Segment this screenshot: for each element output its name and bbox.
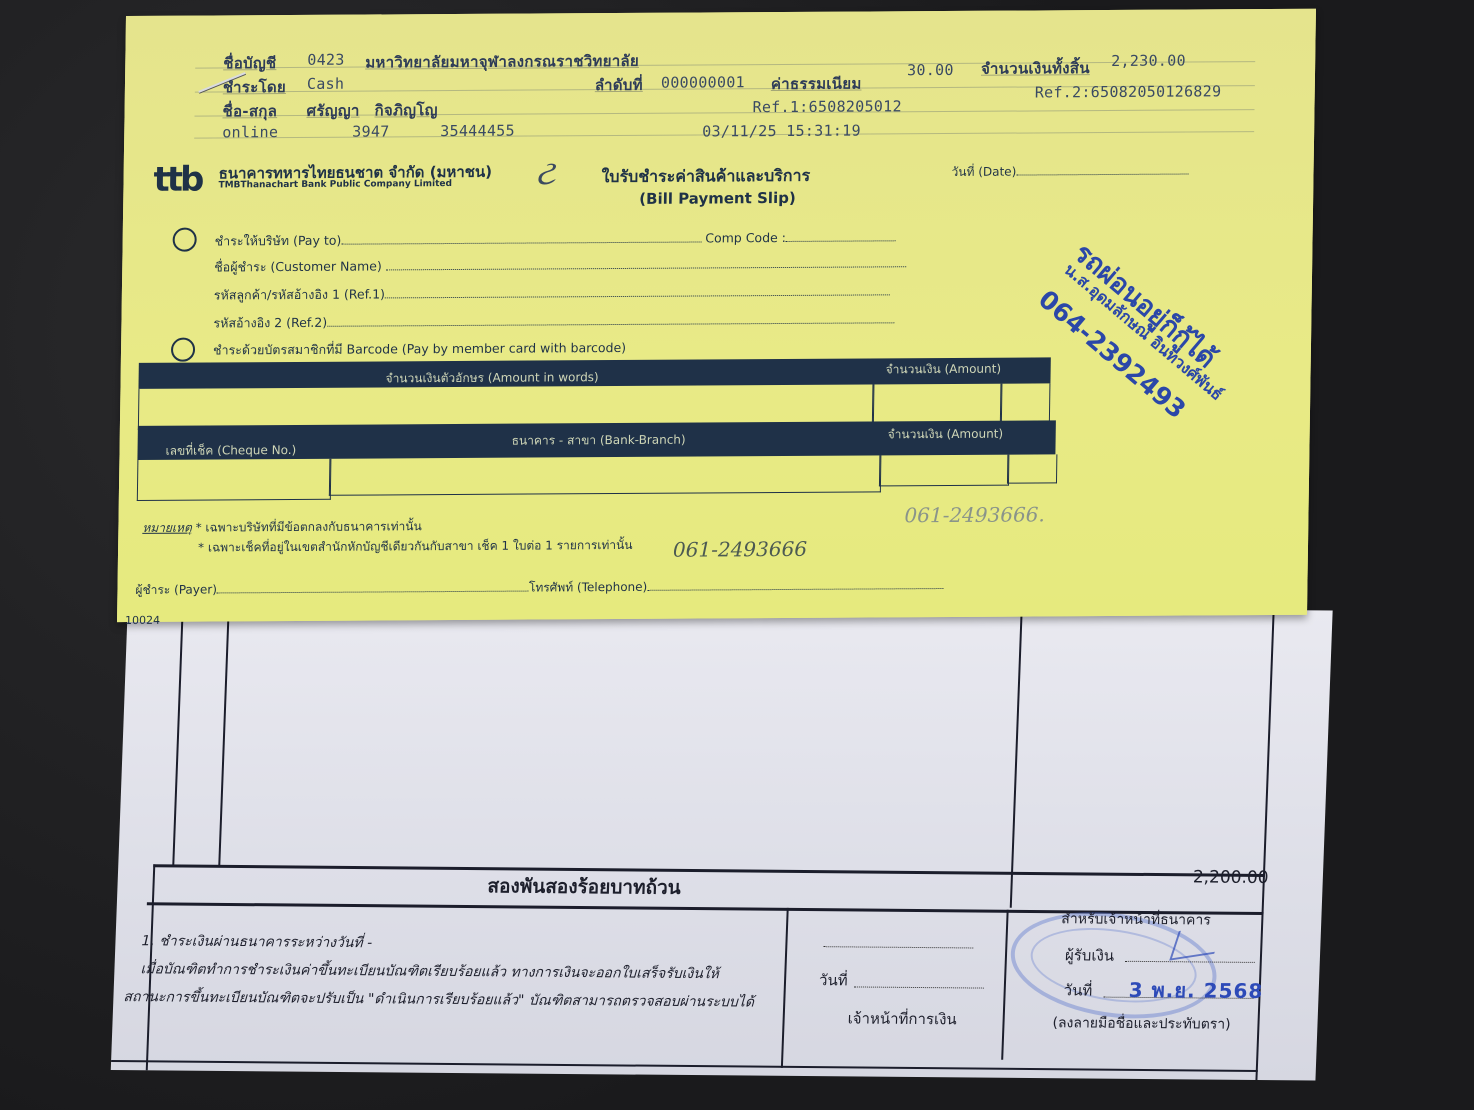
bank-officer-title: สำหรับเจ้าหน้าที่ธนาคาร [1061, 908, 1211, 931]
ref1-field[interactable]: รหัสลูกค้า/รหัสอ้างอิง 1 (Ref.1) [214, 281, 890, 305]
pay-to-label: ชำระให้บริษัท (Pay to) [215, 233, 342, 249]
payer-field[interactable]: ผู้ชำระ (Payer)โทรศัพท์ (Telephone) [135, 576, 943, 600]
pay-by-value: Cash [307, 75, 345, 93]
sign-and-stamp-note: (ลงลายมือชื่อและประทับตรา) [1052, 1012, 1231, 1036]
date-input-line[interactable] [1016, 174, 1188, 176]
print-streak [195, 61, 1255, 68]
payment-note-1: 1. ชำระเงินผ่านธนาคารระหว่างวันที่ - [141, 930, 372, 954]
terminal-id: 35444455 [440, 122, 515, 140]
table-border-right [1255, 610, 1274, 1080]
receiver-label: ผู้รับเงิน [1065, 943, 1115, 967]
fee-label: ค่าธรรมเนียม [771, 72, 862, 97]
account-code: 0423 [307, 51, 345, 69]
customer-name-line[interactable] [386, 266, 906, 270]
handwritten-phone-faint: 061-2493666. [904, 502, 1045, 527]
pay-by-label: ชำระโดย [223, 75, 286, 99]
payment-note-2: เมื่อบัณฑิตทำการชำระเงินค่าขึ้นทะเบียนบั… [140, 958, 719, 985]
telephone-line[interactable] [647, 588, 943, 591]
pay-to-field[interactable]: ชำระให้บริษัท (Pay to) Comp Code : [214, 227, 896, 251]
bank-date-label: วันที่ [1063, 978, 1092, 1002]
remark-1: หมายเหตุ * เฉพาะบริษัทที่มีข้อตกลงกับธนา… [142, 517, 422, 538]
notes-divider [781, 908, 789, 1068]
account-name: มหาวิทยาลัยมหาจุฬาลงกรณราชวิทยาลัย [365, 49, 639, 75]
ref1-label: รหัสลูกค้า/รหัสอ้างอิง 1 (Ref.1) [214, 286, 385, 302]
remark-2: * เฉพาะเช็คที่อยู่ในเขตสำนักหักบัญชีเดีย… [198, 536, 633, 558]
form-number: 10024 [125, 614, 160, 627]
bank-branch-cell[interactable] [329, 455, 882, 495]
ref2-line[interactable] [327, 322, 894, 326]
registration-receipt: สองพันสองร้อยบาทถ้วน 2,200.00 1. ชำระเงิ… [111, 600, 1333, 1080]
ref1-value: Ref.1:6508205012 [752, 97, 902, 116]
payer-last-name: กิจภิญโญ [374, 98, 438, 122]
payer-line[interactable] [217, 591, 529, 594]
comp-code-line[interactable] [786, 240, 896, 242]
date-field[interactable]: วันที่ (Date) [951, 162, 1188, 182]
table-border-inner-left [218, 601, 230, 866]
cheque-table-header: เลขที่เช็ค (Cheque No.) ธนาคาร - สาขา (B… [137, 420, 1055, 460]
table-border-amount-col [1010, 608, 1023, 908]
ref2-label: รหัสอ้างอิง 2 (Ref.2) [213, 315, 327, 331]
cashier-date-label: วันที่ [819, 968, 848, 992]
remark-label: หมายเหตุ [142, 521, 192, 535]
telephone-label: โทรศัพท์ (Telephone) [529, 580, 648, 595]
branch-code: 3947 [352, 122, 390, 140]
customer-name-field[interactable]: ชื่อผู้ชำระ (Customer Name) [214, 253, 906, 277]
slip-title-english: (Bill Payment Slip) [639, 189, 796, 208]
slip-title-thai: ใบรับชำระค่าสินค้าและบริการ [601, 164, 810, 190]
bank-name-english: TMBThanachart Bank Public Company Limite… [218, 179, 452, 190]
cheque-amount-cell[interactable] [879, 455, 1009, 487]
handwritten-mark: ટ [535, 153, 555, 193]
fee-value: 30.00 [907, 61, 954, 79]
total-label: จำนวนเงินทั้งสิ้น [981, 56, 1090, 81]
date-label: วันที่ (Date) [951, 165, 1016, 179]
cashier-signature-line [823, 946, 973, 948]
cashier-label: เจ้าหน้าที่การเงิน [847, 1006, 957, 1031]
total-value: 2,230.00 [1111, 52, 1186, 70]
member-card-option[interactable]: ชำระด้วยบัตรสมาชิกที่มี Barcode (Pay by … [213, 338, 626, 361]
transaction-datetime: 03/11/25 15:31:19 [702, 122, 861, 141]
ref2-field[interactable]: รหัสอ้างอิง 2 (Ref.2) [213, 309, 894, 333]
amount-satang-cell[interactable] [1000, 383, 1051, 424]
table-total-rule [153, 864, 1265, 877]
cheque-no-header: เลขที่เช็ค (Cheque No.) [165, 441, 296, 461]
name-label: ชื่อ-สกุล [222, 99, 277, 123]
table-border-left [172, 600, 184, 865]
sequence-label: ลำดับที่ [595, 73, 643, 97]
comp-code-label: Comp Code : [705, 230, 786, 245]
channel: online [222, 123, 278, 141]
remark-1-text: * เฉพาะบริษัทที่มีข้อตกลงกับธนาคารเท่านั… [196, 519, 422, 534]
receipt-bottom-rule [111, 1060, 1258, 1072]
member-card-radio[interactable] [171, 338, 195, 362]
bank-branch-header: ธนาคาร - สาขา (Bank-Branch) [512, 431, 686, 451]
account-label: ชื่อบัญชี [223, 51, 277, 75]
cheque-amount-header: จำนวนเงิน (Amount) [888, 425, 1004, 445]
pay-to-line[interactable] [341, 241, 701, 244]
cheque-no-cell[interactable] [137, 459, 332, 501]
amount-in-words: สองพันสองร้อยบาทถ้วน [487, 871, 681, 903]
handwritten-phone: 061-2493666 [673, 537, 807, 562]
ref1-line[interactable] [385, 294, 890, 298]
ttb-logo: ttb [153, 160, 201, 200]
payer-first-name: ศรัญญา [306, 99, 359, 123]
payer-label: ผู้ชำระ (Payer) [135, 582, 217, 596]
amount-cell[interactable] [872, 384, 1003, 426]
sequence-value: 000000001 [661, 73, 745, 92]
amount-total: 2,200.00 [1193, 867, 1269, 888]
payment-note-3: สถานะการขึ้นทะเบียนบัณฑิตจะปรับเป็น "ดำเ… [123, 986, 754, 1014]
cashier-date-line [854, 986, 984, 988]
bank-date-stamp: 3 พ.ย. 2568 [1128, 974, 1264, 1007]
ref2-value: Ref.2:65082050126829 [1035, 82, 1222, 101]
amount-header: จำนวนเงิน (Amount) [886, 360, 1002, 380]
loan-ad-stamp-line-1: รถผ่อนอยู่ก็กู้ได้ [1065, 232, 1227, 378]
cheque-satang-cell[interactable] [1007, 454, 1057, 483]
customer-name-label: ชื่อผู้ชำระ (Customer Name) [214, 258, 382, 274]
pay-to-radio[interactable] [172, 228, 196, 252]
cashier-divider [1001, 910, 1008, 1060]
bill-payment-slip: ชื่อบัญชี 0423 มหาวิทยาลัยมหาจุฬาลงกรณรา… [117, 9, 1316, 622]
